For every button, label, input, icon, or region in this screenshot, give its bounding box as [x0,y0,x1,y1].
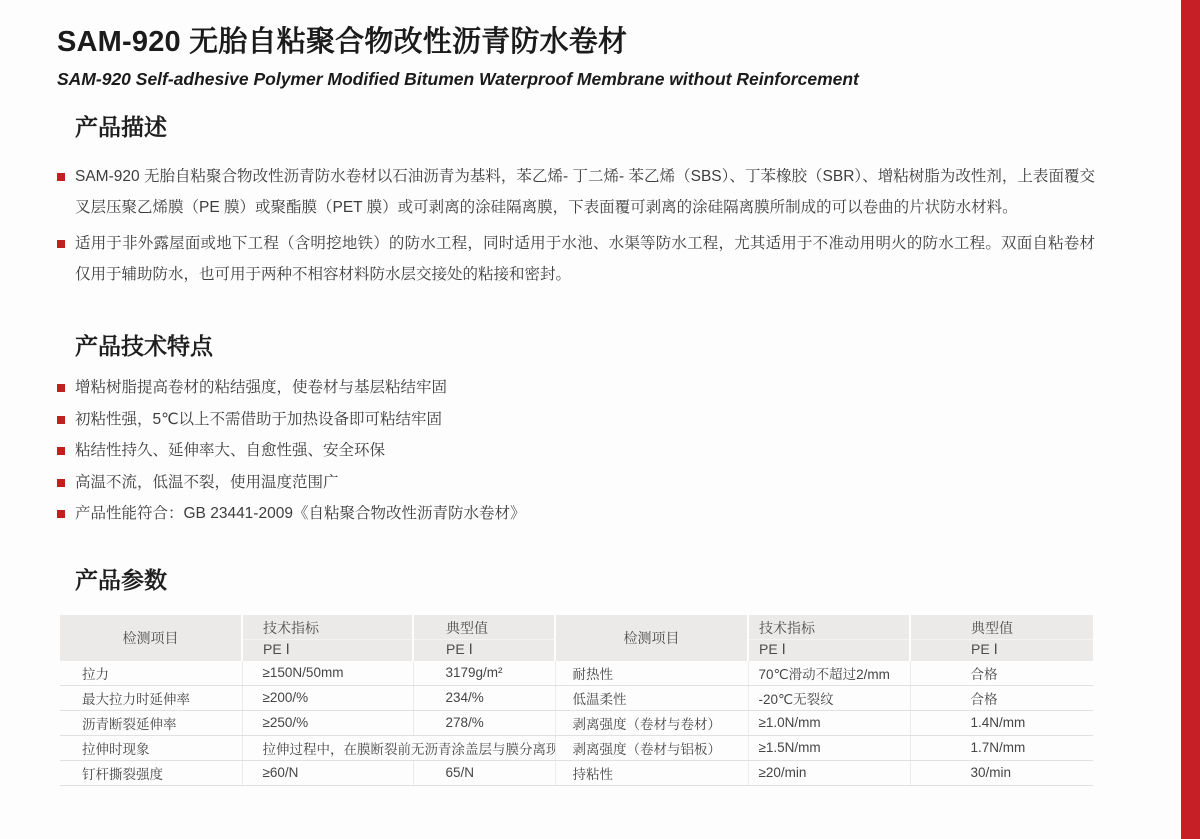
bullet-square-icon [57,240,65,248]
bullet-square-icon [57,384,65,392]
description-bullet: SAM-920 无胎自粘聚合物改性沥青防水卷材以石油沥青为基料，苯乙烯- 丁二烯… [57,161,1095,223]
feature-bullet: 粘结性持久、延伸率大、自愈性强、安全环保 [57,435,1095,467]
cell-tech-spec: ≥20/min [748,760,910,785]
cell-tech-spec: ≥150N/50mm [242,661,413,686]
table-body: 拉力 ≥150N/50mm 3179g/m² 耐热性 70℃滑动不超过2/mm … [60,661,1093,786]
cell-typical-value: 1.7N/mm [910,735,1093,760]
product-datasheet-page: SAM-920 无胎自粘聚合物改性沥青防水卷材 SAM-920 Self-adh… [0,0,1200,839]
table-row: 拉伸时现象 拉伸过程中，在膜断裂前无沥青涂盖层与膜分离现象 剥离强度（卷材与铝板… [60,735,1093,760]
cell-typical-value: 合格 [910,685,1093,710]
page-title: SAM-920 无胎自粘聚合物改性沥青防水卷材 [57,25,1110,59]
bullet-square-icon [57,416,65,424]
cell-test-item: 钉杆撕裂强度 [60,760,242,785]
features-bullet-list: 增粘树脂提高卷材的粘结强度，使卷材与基层粘结牢固 初粘性强，5℃以上不需借助于加… [57,372,1095,530]
cell-test-item: 拉力 [60,661,242,686]
section-heading-description: 产品描述 [57,111,1110,143]
description-bullet-text: SAM-920 无胎自粘聚合物改性沥青防水卷材以石油沥青为基料，苯乙烯- 丁二烯… [75,168,1095,216]
cell-test-item: 沥青断裂延伸率 [60,710,242,735]
bullet-square-icon [57,510,65,518]
cell-test-item: 低温柔性 [555,685,748,710]
bullet-square-icon [57,479,65,487]
page-content: SAM-920 无胎自粘聚合物改性沥青防水卷材 SAM-920 Self-adh… [57,0,1110,786]
section-heading-features: 产品技术特点 [57,330,1110,362]
cell-tech-spec: ≥200/% [242,685,413,710]
cell-typical-value: 30/min [910,760,1093,785]
cell-typical-value: 3179g/m² [413,661,555,686]
table-row: 沥青断裂延伸率 ≥250/% 278/% 剥离强度（卷材与卷材） ≥1.0N/m… [60,710,1093,735]
feature-bullet-text: 高温不流，低温不裂，使用温度范围广 [75,474,339,491]
feature-bullet: 产品性能符合：GB 23441-2009《自粘聚合物改性沥青防水卷材》 [57,498,1095,530]
table-row: 钉杆撕裂强度 ≥60/N 65/N 持粘性 ≥20/min 30/min [60,760,1093,785]
header-grade-label: PE Ⅰ [749,640,909,661]
header-tech-spec-label: 技术指标 [749,615,909,640]
cell-tech-spec: ≥1.0N/mm [748,710,910,735]
header-typical-value-label: 典型值 [911,615,1093,640]
cell-tech-spec: ≥1.5N/mm [748,735,910,760]
section-heading-parameters: 产品参数 [57,564,1110,596]
feature-bullet-text: 初粘性强，5℃以上不需借助于加热设备即可粘结牢固 [75,411,442,428]
feature-bullet: 增粘树脂提高卷材的粘结强度，使卷材与基层粘结牢固 [57,372,1095,404]
header-tech-spec-label: 技术指标 [243,615,412,640]
header-test-item-left: 检测项目 [60,615,242,661]
feature-bullet: 初粘性强，5℃以上不需借助于加热设备即可粘结牢固 [57,404,1095,436]
header-typical-value-label: 典型值 [414,615,554,640]
cell-tech-spec: -20℃无裂纹 [748,685,910,710]
table-header-row: 检测项目 技术指标 PE Ⅰ 典型值 PE Ⅰ 检测项目 技术指标 PE Ⅰ [60,615,1093,661]
bullet-square-icon [57,447,65,455]
red-accent-side-bar [1181,0,1200,839]
header-grade-label: PE Ⅰ [911,640,1093,661]
feature-bullet-text: 粘结性持久、延伸率大、自愈性强、安全环保 [75,442,385,459]
cell-test-item: 持粘性 [555,760,748,785]
header-tech-spec-right: 技术指标 PE Ⅰ [748,615,910,661]
cell-test-item: 剥离强度（卷材与卷材） [555,710,748,735]
description-bullet: 适用于非外露屋面或地下工程（含明挖地铁）的防水工程，同时适用于水池、水渠等防水工… [57,228,1095,290]
product-parameters-table: 检测项目 技术指标 PE Ⅰ 典型值 PE Ⅰ 检测项目 技术指标 PE Ⅰ [60,615,1093,786]
cell-test-item: 最大拉力时延伸率 [60,685,242,710]
table-row: 拉力 ≥150N/50mm 3179g/m² 耐热性 70℃滑动不超过2/mm … [60,661,1093,686]
header-typical-value-left: 典型值 PE Ⅰ [413,615,555,661]
cell-typical-value: 1.4N/mm [910,710,1093,735]
cell-tech-spec: 70℃滑动不超过2/mm [748,661,910,686]
bullet-square-icon [57,173,65,181]
feature-bullet: 高温不流，低温不裂，使用温度范围广 [57,467,1095,499]
header-grade-label: PE Ⅰ [243,640,412,661]
header-tech-spec-left: 技术指标 PE Ⅰ [242,615,413,661]
page-subtitle-en: SAM-920 Self-adhesive Polymer Modified B… [57,68,1110,90]
cell-typical-value: 合格 [910,661,1093,686]
cell-tech-spec: ≥250/% [242,710,413,735]
cell-typical-value: 65/N [413,760,555,785]
header-typical-value-right: 典型值 PE Ⅰ [910,615,1093,661]
feature-bullet-text: 产品性能符合：GB 23441-2009《自粘聚合物改性沥青防水卷材》 [75,505,525,522]
description-bullet-list: SAM-920 无胎自粘聚合物改性沥青防水卷材以石油沥青为基料，苯乙烯- 丁二烯… [57,161,1095,290]
table-header: 检测项目 技术指标 PE Ⅰ 典型值 PE Ⅰ 检测项目 技术指标 PE Ⅰ [60,615,1093,661]
cell-test-item: 耐热性 [555,661,748,686]
cell-typical-value: 278/% [413,710,555,735]
cell-typical-value: 234/% [413,685,555,710]
table-row: 最大拉力时延伸率 ≥200/% 234/% 低温柔性 -20℃无裂纹 合格 [60,685,1093,710]
cell-merged-phenomenon: 拉伸过程中，在膜断裂前无沥青涂盖层与膜分离现象 [242,735,555,760]
header-test-item-right: 检测项目 [555,615,748,661]
cell-test-item: 拉伸时现象 [60,735,242,760]
header-grade-label: PE Ⅰ [414,640,554,661]
description-bullet-text: 适用于非外露屋面或地下工程（含明挖地铁）的防水工程，同时适用于水池、水渠等防水工… [75,235,1095,283]
cell-tech-spec: ≥60/N [242,760,413,785]
feature-bullet-text: 增粘树脂提高卷材的粘结强度，使卷材与基层粘结牢固 [75,379,447,396]
cell-test-item: 剥离强度（卷材与铝板） [555,735,748,760]
